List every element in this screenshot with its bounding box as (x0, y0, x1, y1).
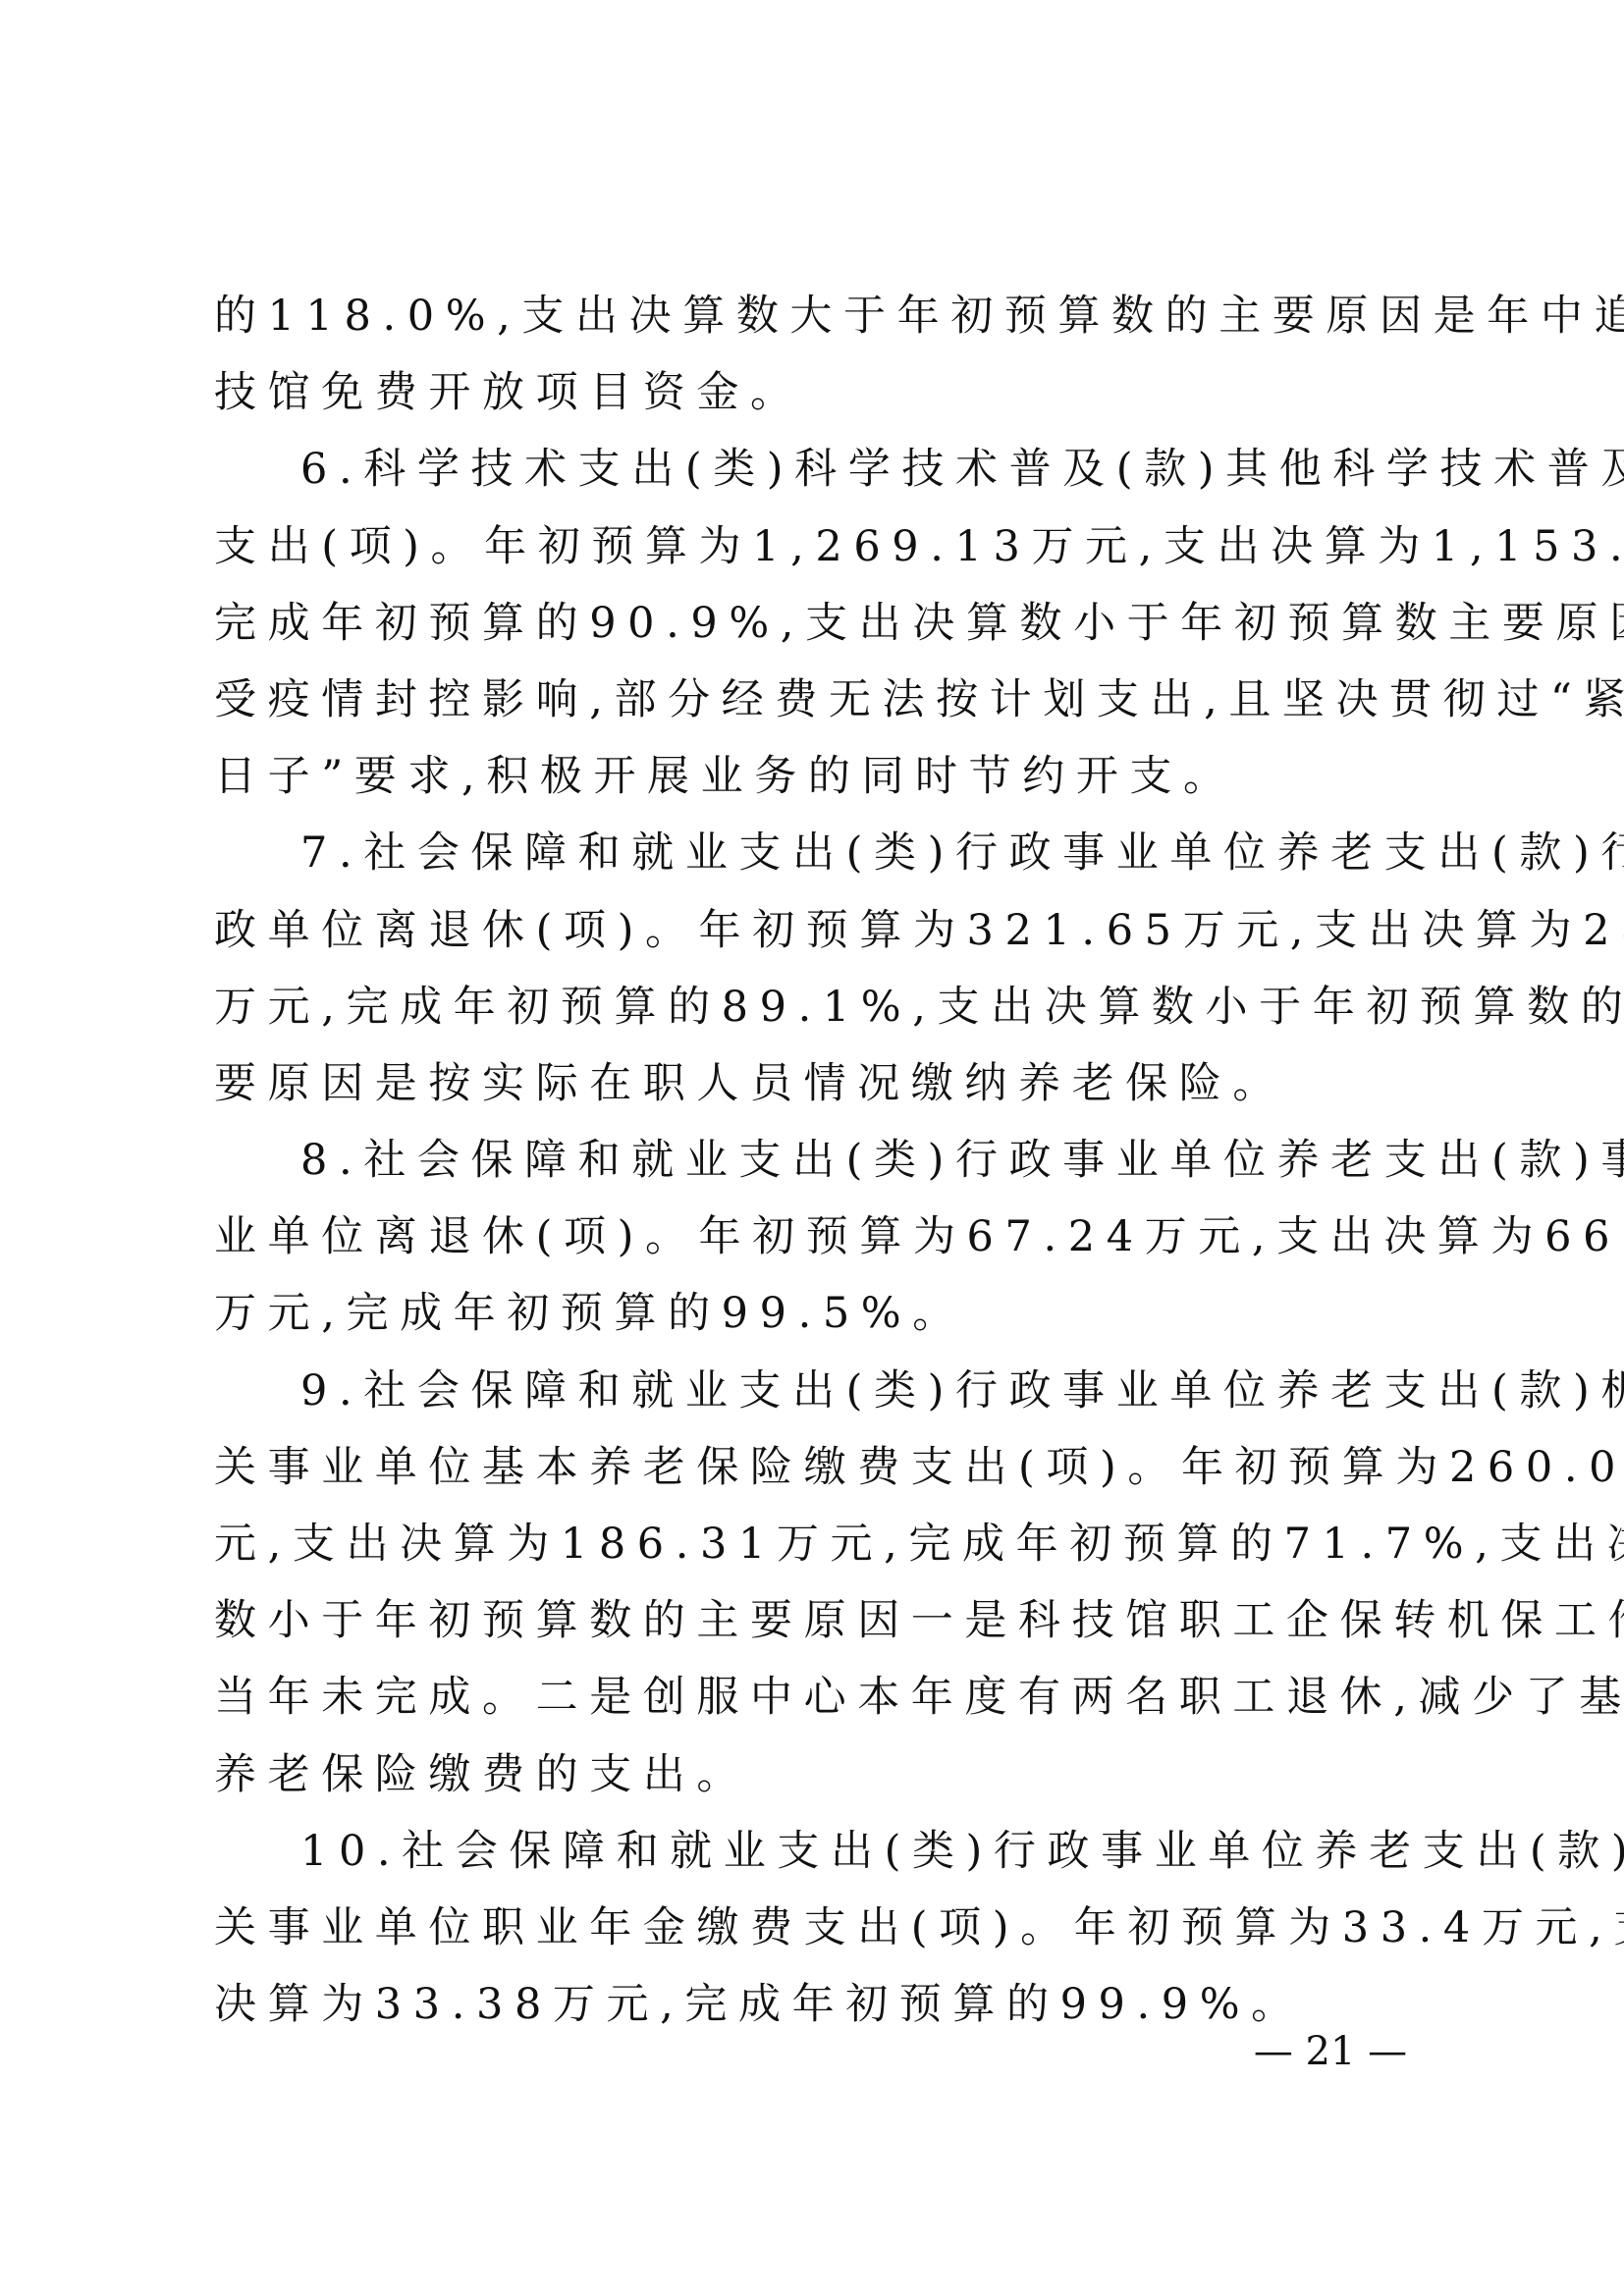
paragraph-item-10: 10.社会保障和就业支出(类)行政事业单位养老支出(款)机 关事业单位职业年金缴… (214, 1813, 1424, 2044)
paragraph-item-9: 9.社会保障和就业支出(类)行政事业单位养老支出(款)机 关事业单位基本养老保险… (214, 1353, 1424, 1813)
text-line: 当年未完成。二是创服中心本年度有两名职工退休,减少了基本 (214, 1659, 1424, 1735)
text-line: 6.科学技术支出(类)科学技术普及(款)其他科学技术普及 (214, 431, 1424, 507)
paragraph-item-7: 7.社会保障和就业支出(类)行政事业单位养老支出(款)行 政单位离退休(项)。年… (214, 815, 1424, 1122)
text-line: 8.社会保障和就业支出(类)行政事业单位养老支出(款)事 (214, 1122, 1424, 1199)
body-text: 的118.0%,支出决算数大于年初预算数的主要原因是年中追加科 技馆免费开放项目… (214, 278, 1424, 2043)
text-line: 政单位离退休(项)。年初预算为321.65万元,支出决算为286.61 (214, 892, 1424, 969)
text-line: 养老保险缴费的支出。 (214, 1736, 1424, 1813)
document-page: 的118.0%,支出决算数大于年初预算数的主要原因是年中追加科 技馆免费开放项目… (0, 0, 1624, 2296)
text-line: 日子”要求,积极开展业务的同时节约开支。 (214, 738, 1424, 815)
text-line: 9.社会保障和就业支出(类)行政事业单位养老支出(款)机 (214, 1353, 1424, 1429)
text-line: 万元,完成年初预算的89.1%,支出决算数小于年初预算数的主 (214, 969, 1424, 1045)
text-line: 元,支出决算为186.31万元,完成年初预算的71.7%,支出决算 (214, 1506, 1424, 1582)
text-line: 10.社会保障和就业支出(类)行政事业单位养老支出(款)机 (214, 1813, 1424, 1890)
text-line: 受疫情封控影响,部分经费无法按计划支出,且坚决贯彻过“紧 (214, 662, 1424, 738)
text-line: 关事业单位职业年金缴费支出(项)。年初预算为33.4万元,支出 (214, 1890, 1424, 1966)
text-line: 的118.0%,支出决算数大于年初预算数的主要原因是年中追加科 (214, 278, 1424, 354)
text-line: 完成年初预算的90.9%,支出决算数小于年初预算数主要原因是 (214, 585, 1424, 662)
text-line: 关事业单位基本养老保险缴费支出(项)。年初预算为260.02万 (214, 1429, 1424, 1506)
text-line: 决算为33.38万元,完成年初预算的99.9%。 (214, 1966, 1424, 2043)
text-line: 万元,完成年初预算的99.5%。 (214, 1275, 1424, 1352)
text-line: 业单位离退休(项)。年初预算为67.24万元,支出决算为66.89 (214, 1199, 1424, 1275)
paragraph-item-8: 8.社会保障和就业支出(类)行政事业单位养老支出(款)事 业单位离退休(项)。年… (214, 1122, 1424, 1353)
text-line: 7.社会保障和就业支出(类)行政事业单位养老支出(款)行 (214, 815, 1424, 891)
text-line: 要原因是按实际在职人员情况缴纳养老保险。 (214, 1045, 1424, 1122)
text-line: 支出(项)。年初预算为1,269.13万元,支出决算为1,153.81万元, (214, 508, 1424, 585)
paragraph-item-6: 6.科学技术支出(类)科学技术普及(款)其他科学技术普及 支出(项)。年初预算为… (214, 431, 1424, 815)
page-number: — 21 — (1247, 2024, 1414, 2079)
text-line: 数小于年初预算数的主要原因一是科技馆职工企保转机保工作 (214, 1582, 1424, 1659)
paragraph-item-5-continuation: 的118.0%,支出决算数大于年初预算数的主要原因是年中追加科 技馆免费开放项目… (214, 278, 1424, 431)
text-line: 技馆免费开放项目资金。 (214, 354, 1424, 431)
